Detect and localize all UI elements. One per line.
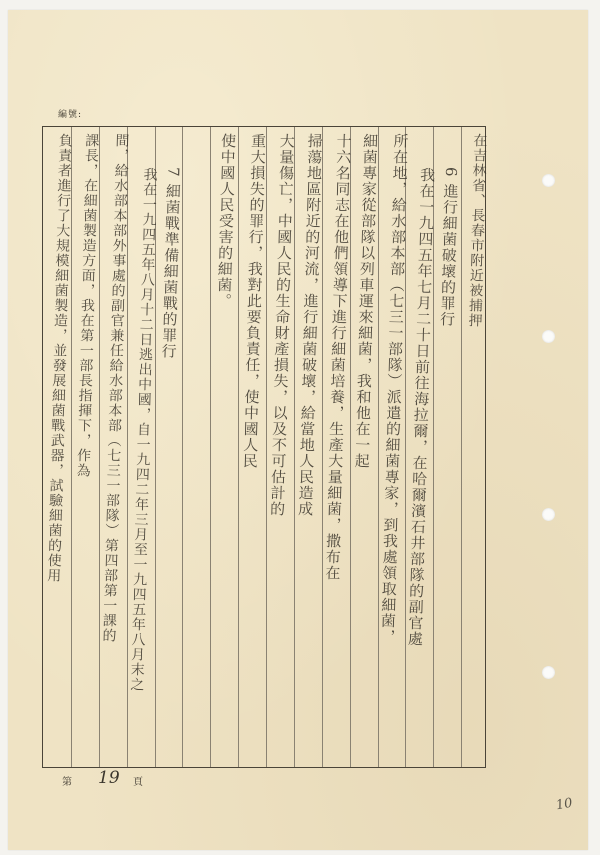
serial-number-label: 編號: bbox=[58, 107, 82, 120]
punch-hole bbox=[542, 666, 555, 679]
text-column-2: 6 進行細菌破壞的罪行 bbox=[436, 167, 462, 328]
column-rule bbox=[461, 127, 462, 767]
punch-hole bbox=[542, 174, 555, 187]
page-number: 19 bbox=[98, 768, 120, 788]
archive-number: 10 bbox=[555, 796, 574, 814]
punch-hole bbox=[542, 330, 555, 343]
text-column-10: 使中國人民受害的細菌。 bbox=[213, 133, 240, 310]
page-suffix: 頁 bbox=[133, 773, 143, 788]
text-column-15: 課長，在細菌製造方面，我在第一部長指揮下，作為 bbox=[71, 133, 102, 478]
text-column-9: 重大損失的罪行，我對此要負責任，使中國人民 bbox=[239, 133, 270, 469]
text-column-12: 7 細菌戰準備細菌戰的罪行 bbox=[157, 167, 184, 360]
manuscript-grid: 在吉林省、長春市附近被捕押 6 進行細菌破壞的罪行 我在一九四五年七月二十日前往… bbox=[42, 126, 486, 768]
text-column-5: 細菌專家從部隊以列車運來細菌，我和他在一起 bbox=[351, 133, 382, 469]
page-prefix: 第 bbox=[62, 773, 72, 788]
column-rule bbox=[210, 127, 211, 767]
punch-hole bbox=[542, 508, 555, 521]
